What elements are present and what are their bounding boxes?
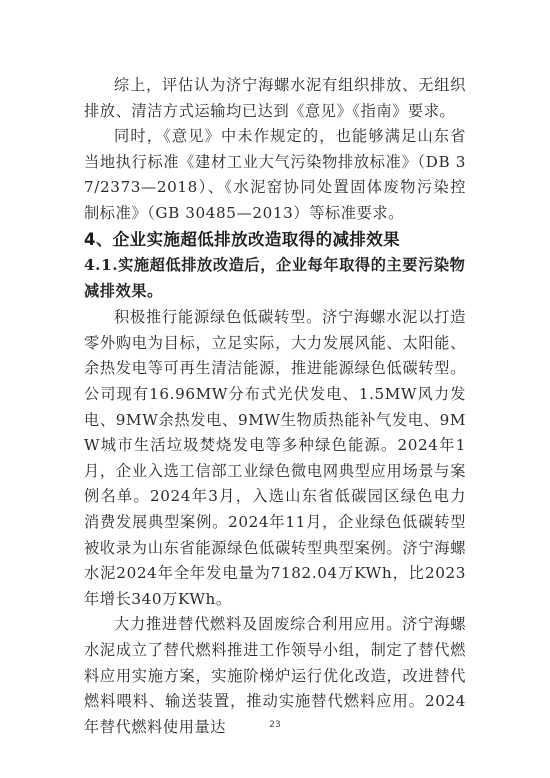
section-heading-4: 4、企业实施超低排放改造取得的减排效果 [84,227,466,253]
subsection-heading-4-1: 4.1.实施超低排放改造后，企业每年取得的主要污染物减排效果。 [84,253,466,304]
paragraph-summary: 综上，评估认为济宁海螺水泥有组织排放、无组织排放、清洁方式运输均已达到《意见》《… [84,73,466,124]
paragraph-standards: 同时，《意见》中未作规定的，也能够满足山东省当地执行标准《建材工业大气污染物排放… [84,124,466,226]
page-number: 23 [0,720,550,730]
paragraph-green-energy: 积极推行能源绿色低碳转型。济宁海螺水泥以打造零外购电为目标，立足实际，大力发展风… [84,305,466,612]
body-text-top: 综上，评估认为济宁海螺水泥有组织排放、无组织排放、清洁方式运输均已达到《意见》《… [84,73,466,227]
section-4: 4、企业实施超低排放改造取得的减排效果 4.1.实施超低排放改造后，企业每年取得… [84,227,466,740]
document-page: 综上，评估认为济宁海螺水泥有组织排放、无组织排放、清洁方式运输均已达到《意见》《… [0,0,550,778]
